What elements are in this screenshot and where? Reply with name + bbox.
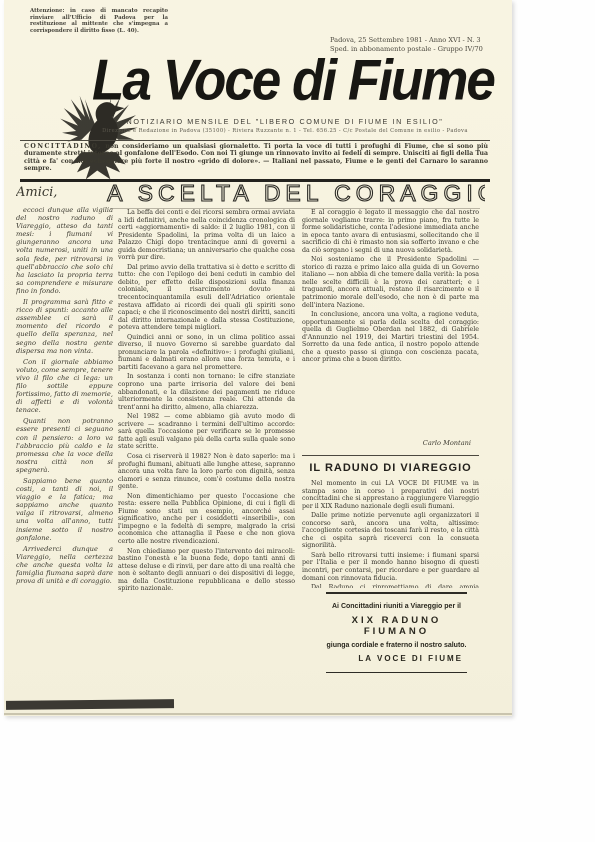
paragraph: Nel momento in cui LA VOCE DI FIUME va i… <box>302 480 479 510</box>
article-column-left: La beffa dei conti e dei ricorsi sembra … <box>118 209 295 664</box>
paragraph: Non chiediamo per questo l'intervento de… <box>118 548 295 593</box>
paragraph: Quanti non potranno essere presenti ci s… <box>16 417 113 474</box>
paragraph: Non dimentichiamo per questo l'occasione… <box>118 493 295 546</box>
greeting-rule-bottom <box>326 672 467 674</box>
paragraph: Cosa ci riserverà il 1982? Non è dato sa… <box>118 453 295 491</box>
lead-headline: LA SCELTA DEL CORAGGIO <box>105 180 485 208</box>
letter-salutation: Amici, <box>16 186 113 200</box>
postal-notice: Attenzione: in caso di mancato recapito … <box>30 8 168 34</box>
masthead-subtitle: NOTIZIARIO MENSILE DEL "LIBERO COMUNE DI… <box>85 117 485 126</box>
article-byline: Carlo Montani <box>302 439 471 447</box>
paragraph: Noi sosteniamo che il Presidente Spadoli… <box>302 256 479 309</box>
greeting-rule-top <box>326 592 467 594</box>
paragraph: Arrivederci dunque a Viareggio, nella ce… <box>16 545 113 585</box>
greeting-line-1: Ai Concittadini riuniti a Viareggio per … <box>326 603 467 610</box>
paragraph: E al coraggio è legato il messaggio che … <box>302 209 479 254</box>
greeting-line-3: giunga cordiale e fraterno il nostro sal… <box>326 642 467 649</box>
lead-headline-text: LA SCELTA DEL CORAGGIO <box>105 180 485 206</box>
dateline-issue: Padova, 25 Settembre 1981 - Anno XVI - N… <box>330 36 510 45</box>
appeal-lead-word: CONCITTADINO, <box>24 143 102 150</box>
paragraph: La beffa dei conti e dei ricorsi sembra … <box>118 209 295 262</box>
right-column: E al coraggio è legato il messaggio che … <box>302 209 479 673</box>
scan-smudge-bar <box>6 699 174 710</box>
letter-column: Amici, eccoci dunque alla vigilia del no… <box>16 186 113 656</box>
page-bottom-edge <box>4 713 512 715</box>
section-divider <box>302 455 479 456</box>
paragraph: Dalle prime notizie pervenute agli organ… <box>302 512 479 550</box>
paragraph: In conclusione, ancora una volta, a ragi… <box>302 311 479 364</box>
newspaper-page: Attenzione: in caso di mancato recapito … <box>0 0 595 842</box>
paragraph: Il programma sarà fitto e ricco di spunt… <box>16 298 113 355</box>
paragraph: Sappiamo bene quanto costi, a tanti di n… <box>16 477 113 542</box>
appeal-paragraph: CONCITTADINO, non consideriamo un qualsi… <box>24 143 488 172</box>
paragraph: In sostanza i conti non tornano: le cifr… <box>118 373 295 411</box>
paragraph: Sarà bello ritrovarsi tutti insieme: i f… <box>302 552 479 582</box>
paragraph: Quindici anni or sono, in un clima polit… <box>118 334 295 372</box>
letter-paragraphs: eccoci dunque alla vigilia del nostro ra… <box>16 206 113 585</box>
masthead-address-line: Direzione e Redazione in Padova (35100) … <box>60 128 510 134</box>
masthead-title: La Voce di Fiume <box>92 48 492 114</box>
paragraph: Nel 1982 — come abbiamo già avuto modo d… <box>118 413 295 451</box>
paragraph: Dal Raduno ci ripromettiamo di dare ampi… <box>302 584 479 588</box>
greeting-box: Ai Concittadini riuniti a Viareggio per … <box>326 592 467 673</box>
rule-above-appeal <box>20 140 490 141</box>
article-column-right: E al coraggio è legato il messaggio che … <box>302 209 479 437</box>
greeting-signature: LA VOCE DI FIUME <box>326 654 463 663</box>
paragraph: Dal primo avvio della trattativa si è de… <box>118 264 295 332</box>
raduno-paragraphs: Nel momento in cui LA VOCE DI FIUME va i… <box>302 480 479 588</box>
paragraph: Con il giornale abbiamo voluto, come sem… <box>16 358 113 415</box>
raduno-heading: IL RADUNO DI VIAREGGIO <box>302 462 479 474</box>
greeting-raduno-title: XIX RADUNO FIUMANO <box>326 615 467 637</box>
paragraph: eccoci dunque alla vigilia del nostro ra… <box>16 206 113 295</box>
